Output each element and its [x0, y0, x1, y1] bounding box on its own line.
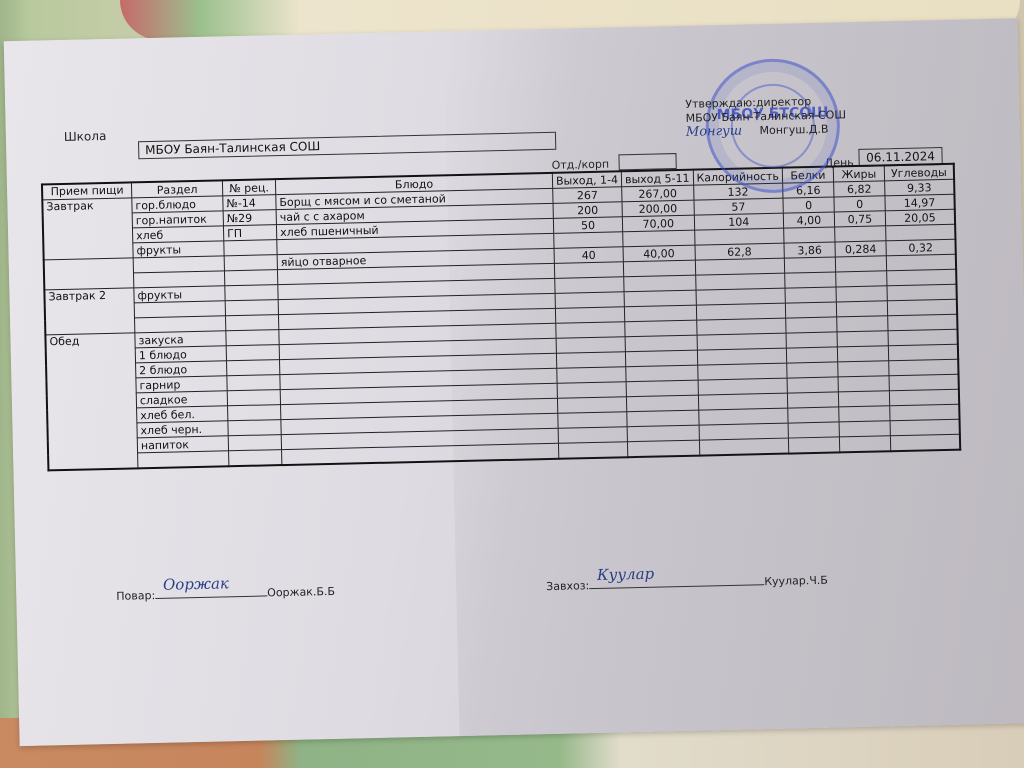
out-5-11-cell: [624, 275, 696, 292]
carbs-cell: [888, 344, 958, 361]
out-1-4-cell: [555, 307, 624, 324]
recipe-cell: [228, 435, 281, 451]
protein-cell: 4,00: [783, 212, 834, 228]
out-1-4-cell: [557, 382, 626, 399]
protein-cell: [787, 392, 838, 408]
carbs-cell: [888, 329, 958, 346]
out-5-11-cell: [626, 365, 698, 382]
carbs-cell: [890, 434, 960, 451]
recipe-cell: [227, 360, 280, 376]
out-5-11-cell: [623, 230, 695, 247]
fat-cell: 0,284: [835, 241, 886, 257]
protein-cell: [784, 257, 835, 273]
carbs-cell: 9,33: [885, 179, 955, 196]
out-5-11-cell: [625, 335, 697, 352]
carbs-cell: [888, 314, 958, 331]
fat-cell: [838, 361, 889, 377]
fat-cell: 0,75: [834, 211, 885, 227]
meal-name-cell: Обед: [45, 333, 138, 470]
carbs-cell: 0,32: [886, 239, 956, 256]
recipe-cell: [228, 420, 281, 436]
out-5-11-cell: 70,00: [622, 215, 694, 232]
section-cell: [138, 451, 229, 469]
cook-name: Ооржак.Б.Б: [267, 585, 335, 600]
keeper-signature-block: Завхоз:КууларКуулар.Ч.Б: [546, 571, 828, 593]
out-1-4-cell: [556, 337, 625, 354]
fat-cell: [836, 271, 887, 287]
out-1-4-cell: [555, 292, 624, 309]
carbs-cell: 20,05: [885, 209, 955, 226]
fat-cell: 6,82: [834, 181, 885, 197]
fat-cell: [839, 436, 890, 453]
protein-cell: [786, 347, 837, 363]
fat-cell: [839, 421, 890, 437]
out-5-11-cell: [627, 440, 699, 457]
director-signature: Монгуш: [686, 124, 742, 140]
carbs-cell: [889, 389, 959, 406]
out-5-11-cell: [627, 410, 699, 427]
out-1-4-cell: [558, 427, 627, 444]
kcal-cell: [699, 438, 789, 456]
meal-name-cell: Завтрак: [42, 198, 133, 260]
school-label: Школа: [64, 129, 107, 144]
school-name-field: МБОУ Баян-Талинская СОШ: [138, 132, 556, 159]
meal-name-cell: [44, 258, 134, 290]
carbs-cell: [887, 269, 957, 286]
protein-cell: [788, 422, 839, 438]
out-5-11-cell: 40,00: [623, 245, 695, 262]
col-out-5-11: выход 5-11: [621, 170, 693, 187]
out-1-4-cell: [558, 442, 627, 459]
carbs-cell: [889, 374, 959, 391]
recipe-cell: [224, 270, 277, 286]
recipe-cell: [226, 330, 279, 346]
fat-cell: 0: [834, 196, 885, 212]
recipe-cell: [226, 345, 279, 361]
fat-cell: [838, 376, 889, 392]
protein-cell: 3,86: [784, 242, 835, 258]
menu-table-body: Завтракгор.блюдо№-14Борщ с мясом и со см…: [42, 179, 960, 470]
cook-signature: Ооржак: [163, 574, 229, 593]
carbs-cell: [886, 254, 956, 271]
col-recipe: № рец.: [222, 179, 275, 196]
carbs-cell: [889, 359, 959, 376]
cook-signature-block: Повар:ОоржакОоржак.Б.Б: [116, 582, 335, 603]
protein-cell: [787, 362, 838, 378]
out-5-11-cell: [624, 290, 696, 307]
out-5-11-cell: [625, 320, 697, 337]
recipe-cell: [228, 405, 281, 421]
protein-cell: [784, 227, 835, 243]
keeper-signature-line: Куулар: [589, 572, 764, 589]
col-fat: Жиры: [833, 165, 884, 182]
out-5-11-cell: [626, 395, 698, 412]
recipe-cell: [225, 300, 278, 316]
dept-field: [618, 153, 676, 170]
out-5-11-cell: [624, 305, 696, 322]
out-1-4-cell: [557, 397, 626, 414]
col-carbs: Углеводы: [884, 164, 954, 181]
out-5-11-cell: 267,00: [622, 185, 694, 202]
carbs-cell: [890, 419, 960, 436]
out-1-4-cell: [554, 232, 623, 249]
out-1-4-cell: [554, 262, 623, 279]
recipe-cell: [224, 240, 277, 256]
recipe-cell: [227, 375, 280, 391]
menu-table: Прием пищи Раздел № рец. Блюдо Выход, 1-…: [41, 163, 961, 472]
recipe-cell: [229, 450, 282, 467]
protein-cell: [788, 437, 839, 454]
fat-cell: [836, 301, 887, 317]
cook-signature-line: Ооржак: [155, 583, 267, 599]
protein-cell: [787, 377, 838, 393]
col-out-1-4: Выход, 1-4: [552, 171, 621, 188]
carbs-cell: [886, 224, 956, 241]
keeper-signature: Куулар: [597, 565, 655, 584]
director-name: Монгуш.Д.В: [759, 123, 828, 138]
carbs-cell: [887, 284, 957, 301]
fat-cell: [837, 316, 888, 332]
out-5-11-cell: [623, 260, 695, 277]
fat-cell: [836, 286, 887, 302]
out-1-4-cell: [555, 277, 624, 294]
fat-cell: [838, 391, 889, 407]
recipe-cell: [224, 255, 277, 271]
recipe-cell: №29: [223, 210, 276, 226]
keeper-label: Завхоз:: [546, 579, 589, 593]
fat-cell: [837, 331, 888, 347]
cook-label: Повар:: [116, 589, 155, 603]
protein-cell: [788, 407, 839, 423]
recipe-cell: [225, 315, 278, 331]
out-1-4-cell: 50: [553, 217, 622, 234]
out-5-11-cell: [625, 350, 697, 367]
fat-cell: [837, 346, 888, 362]
out-1-4-cell: 40: [554, 247, 623, 264]
out-5-11-cell: [626, 380, 698, 397]
menu-sheet: Школа МБОУ Баян-Талинская СОШ Отд./корп …: [4, 18, 1024, 746]
meal-name-cell: Завтрак 2: [44, 288, 134, 335]
out-1-4-cell: [558, 412, 627, 429]
protein-cell: 0: [783, 197, 834, 213]
fat-cell: [839, 406, 890, 422]
fat-cell: [835, 256, 886, 272]
recipe-cell: №-14: [223, 195, 276, 211]
protein-cell: [786, 332, 837, 348]
approval-block: Утверждаю:директор МБОУ Баян-Талинская С…: [685, 94, 846, 140]
out-5-11-cell: 200,00: [622, 200, 694, 217]
fat-cell: [835, 226, 886, 242]
recipe-cell: [225, 285, 278, 301]
out-1-4-cell: [556, 322, 625, 339]
out-1-4-cell: [556, 352, 625, 369]
dept-label: Отд./корп: [552, 158, 610, 172]
protein-cell: [786, 317, 837, 333]
out-1-4-cell: 267: [553, 187, 622, 204]
protein-cell: [785, 302, 836, 318]
protein-cell: [785, 272, 836, 288]
protein-cell: [785, 287, 836, 303]
carbs-cell: [887, 299, 957, 316]
carbs-cell: 14,97: [885, 194, 955, 211]
recipe-cell: [227, 390, 280, 406]
recipe-cell: ГП: [223, 225, 276, 241]
out-5-11-cell: [627, 425, 699, 442]
out-1-4-cell: [557, 367, 626, 384]
keeper-name: Куулар.Ч.Б: [764, 574, 828, 588]
carbs-cell: [890, 404, 960, 421]
out-1-4-cell: 200: [553, 202, 622, 219]
